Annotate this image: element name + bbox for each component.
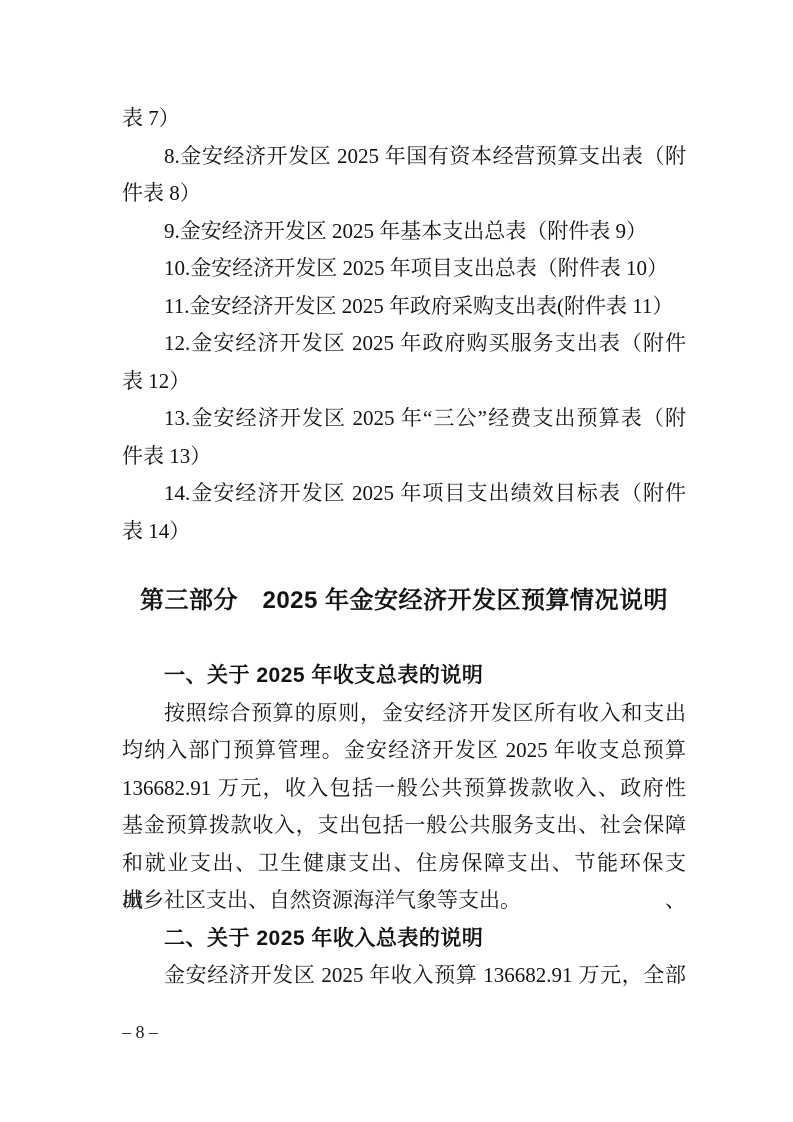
attachment-line: 件表 13） bbox=[122, 438, 686, 476]
attachment-line: 13.金安经济开发区 2025 年“三公”经费支出预算表（附 bbox=[122, 400, 686, 438]
paragraph-line: 和就业支出、卫生健康支出、住房保障支出、节能环保支出、 bbox=[122, 845, 686, 883]
attachment-line: 表 14） bbox=[122, 513, 686, 551]
part3-body: 一、关于 2025 年收支总表的说明 按照综合预算的原则，金安经济开发区所有收入… bbox=[122, 657, 686, 995]
attachment-line: 9.金安经济开发区 2025 年基本支出总表（附件表 9） bbox=[122, 213, 686, 251]
paragraph-line: 金安经济开发区 2025 年收入预算 136682.91 万元，全部 bbox=[122, 957, 686, 995]
attachment-list: 表 7） 8.金安经济开发区 2025 年国有资本经营预算支出表（附 件表 8）… bbox=[122, 100, 686, 550]
attachment-line: 表 7） bbox=[122, 100, 686, 138]
paragraph-line: 基金预算拨款收入，支出包括一般公共服务支出、社会保障 bbox=[122, 807, 686, 845]
attachment-line: 表 12） bbox=[122, 363, 686, 401]
attachment-line: 14.金安经济开发区 2025 年项目支出绩效目标表（附件 bbox=[122, 475, 686, 513]
attachment-line: 12.金安经济开发区 2025 年政府购买服务支出表（附件 bbox=[122, 325, 686, 363]
section2-title: 二、关于 2025 年收入总表的说明 bbox=[122, 920, 686, 958]
paragraph-line: 按照综合预算的原则，金安经济开发区所有收入和支出 bbox=[122, 695, 686, 733]
page-number: – 8 – bbox=[122, 1020, 686, 1044]
section1-title: 一、关于 2025 年收支总表的说明 bbox=[122, 657, 686, 695]
paragraph-line: 136682.91 万元，收入包括一般公共预算拨款收入、政府性 bbox=[122, 770, 686, 808]
attachment-line: 11.金安经济开发区 2025 年政府采购支出表(附件表 11） bbox=[122, 288, 686, 326]
document-page: 表 7） 8.金安经济开发区 2025 年国有资本经营预算支出表（附 件表 8）… bbox=[0, 0, 793, 1122]
attachment-line: 件表 8） bbox=[122, 175, 686, 213]
part3-heading: 第三部分 2025 年金安经济开发区预算情况说明 bbox=[122, 581, 686, 621]
paragraph-line: 均纳入部门预算管理。金安经济开发区 2025 年收支总预算 bbox=[122, 732, 686, 770]
attachment-line: 10.金安经济开发区 2025 年项目支出总表（附件表 10） bbox=[122, 250, 686, 288]
attachment-line: 8.金安经济开发区 2025 年国有资本经营预算支出表（附 bbox=[122, 138, 686, 176]
